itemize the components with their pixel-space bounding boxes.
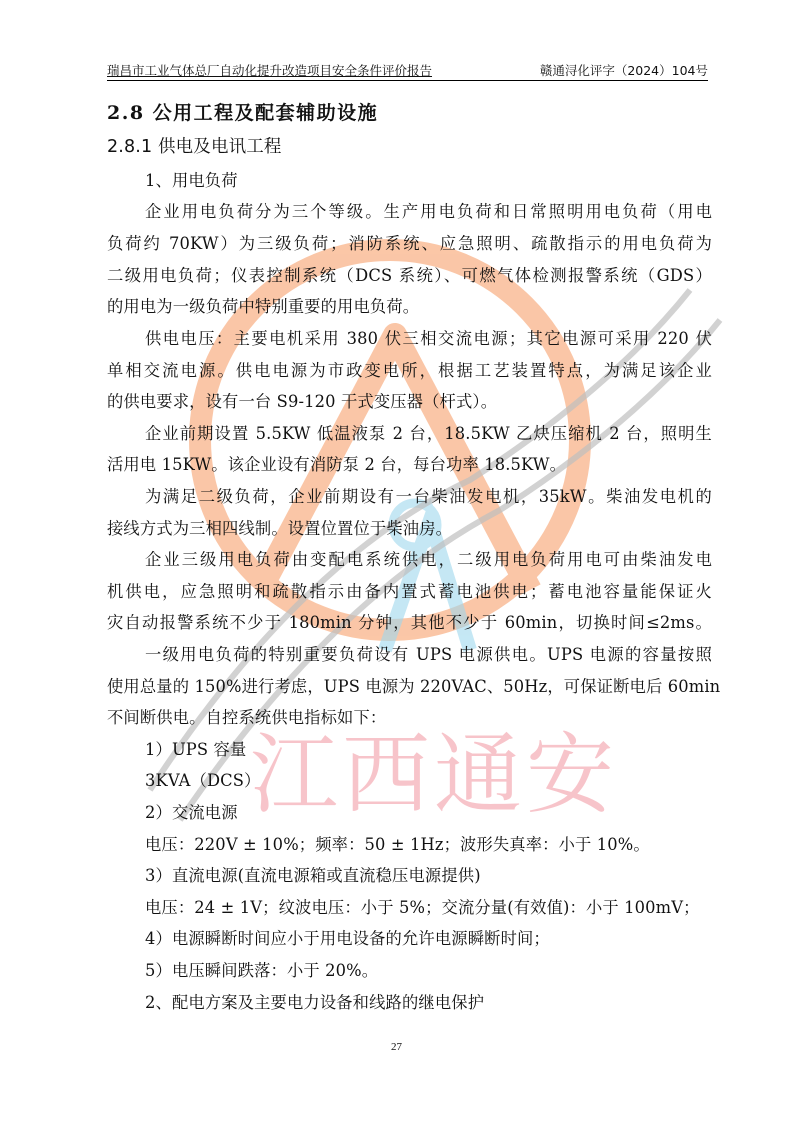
paragraph-line: 负荷约 70KW）为三级负荷；消防系统、应急照明、疏散指示的用电负荷为 bbox=[107, 233, 712, 255]
paragraph-line: 的用电为一级负荷中特别重要的用电负荷。 bbox=[107, 296, 419, 318]
spec-item: 5）电压瞬间跌落：小于 20%。 bbox=[145, 960, 378, 982]
paragraph-line: 使用总量的 150%进行考虑，UPS 电源为 220VAC、50Hz，可保证断电… bbox=[107, 676, 712, 698]
document-page: 瑞昌市工业气体总厂自动化提升改造项目安全条件评价报告 赣通浔化评字（2024）1… bbox=[0, 0, 793, 1122]
spec-item: 1）UPS 容量 bbox=[145, 739, 246, 761]
section-heading: 2.8 公用工程及配套辅助设施 bbox=[107, 102, 378, 124]
spec-value: 电压：24 ± 1V；纹波电压：小于 5%；交流分量(有效值)：小于 100mV… bbox=[145, 897, 700, 919]
spec-value: 3KVA（DCS） bbox=[145, 770, 261, 792]
subsection-heading: 2.8.1 供电及电讯工程 bbox=[107, 136, 282, 158]
report-number: 赣通浔化评字（2024）104号 bbox=[540, 62, 708, 80]
paragraph-line: 为满足二级负荷，企业前期设有一台柴油发电机，35kW。柴油发电机的 bbox=[145, 486, 712, 508]
paragraph-line: 一级用电负荷的特别重要负荷设有 UPS 电源供电。UPS 电源的容量按照 bbox=[145, 644, 712, 666]
spec-item: 4）电源瞬断时间应小于用电设备的允许电源瞬断时间； bbox=[145, 928, 550, 950]
paragraph-line: 活用电 15KW。该企业设有消防泵 2 台，每台功率 18.5KW。 bbox=[107, 454, 566, 476]
spec-item: 3）直流电源(直流电源箱或直流稳压电源提供) bbox=[145, 865, 481, 887]
paragraph-line: 接线方式为三相四线制。设置位置位于柴油房。 bbox=[107, 518, 452, 540]
list-heading: 1、用电负荷 bbox=[145, 170, 238, 192]
paragraph-line: 不间断供电。自控系统供电指标如下： bbox=[107, 707, 386, 729]
paragraph-line: 企业三级用电负荷由变配电系统供电，二级用电负荷用电可由柴油发电 bbox=[145, 549, 712, 571]
paragraph-line: 二级用电负荷；仪表控制系统（DCS 系统）、可燃气体检测报警系统（GDS） bbox=[107, 265, 712, 287]
paragraph-line: 供电电压：主要电机采用 380 伏三相交流电源；其它电源可采用 220 伏 bbox=[145, 328, 712, 350]
paragraph-line: 单相交流电源。供电电源为市政变电所，根据工艺装置特点，为满足该企业 bbox=[107, 360, 712, 382]
page-number: 27 bbox=[0, 1041, 793, 1053]
paragraph-line: 企业前期设置 5.5KW 低温液泵 2 台，18.5KW 乙炔压缩机 2 台，照… bbox=[145, 423, 712, 445]
paragraph-line: 的供电要求，设有一台 S9-120 干式变压器（杆式）。 bbox=[107, 391, 497, 413]
report-title: 瑞昌市工业气体总厂自动化提升改造项目安全条件评价报告 bbox=[107, 62, 432, 80]
paragraph-line: 机供电，应急照明和疏散指示由备内置式蓄电池供电；蓄电池容量能保证火 bbox=[107, 581, 712, 603]
paragraph-line: 灾自动报警系统不少于 180min 分钟，其他不少于 60min，切换时间≤2m… bbox=[107, 612, 712, 634]
paragraph-line: 企业用电负荷分为三个等级。生产用电负荷和日常照明用电负荷（用电 bbox=[145, 201, 712, 223]
list-heading: 2、配电方案及主要电力设备和线路的继电保护 bbox=[145, 992, 484, 1014]
spec-value: 电压：220V ± 10%；频率：50 ± 1Hz；波形失真率：小于 10%。 bbox=[145, 834, 650, 856]
spec-item: 2）交流电源 bbox=[145, 802, 238, 824]
page-header: 瑞昌市工业气体总厂自动化提升改造项目安全条件评价报告 赣通浔化评字（2024）1… bbox=[107, 62, 708, 81]
